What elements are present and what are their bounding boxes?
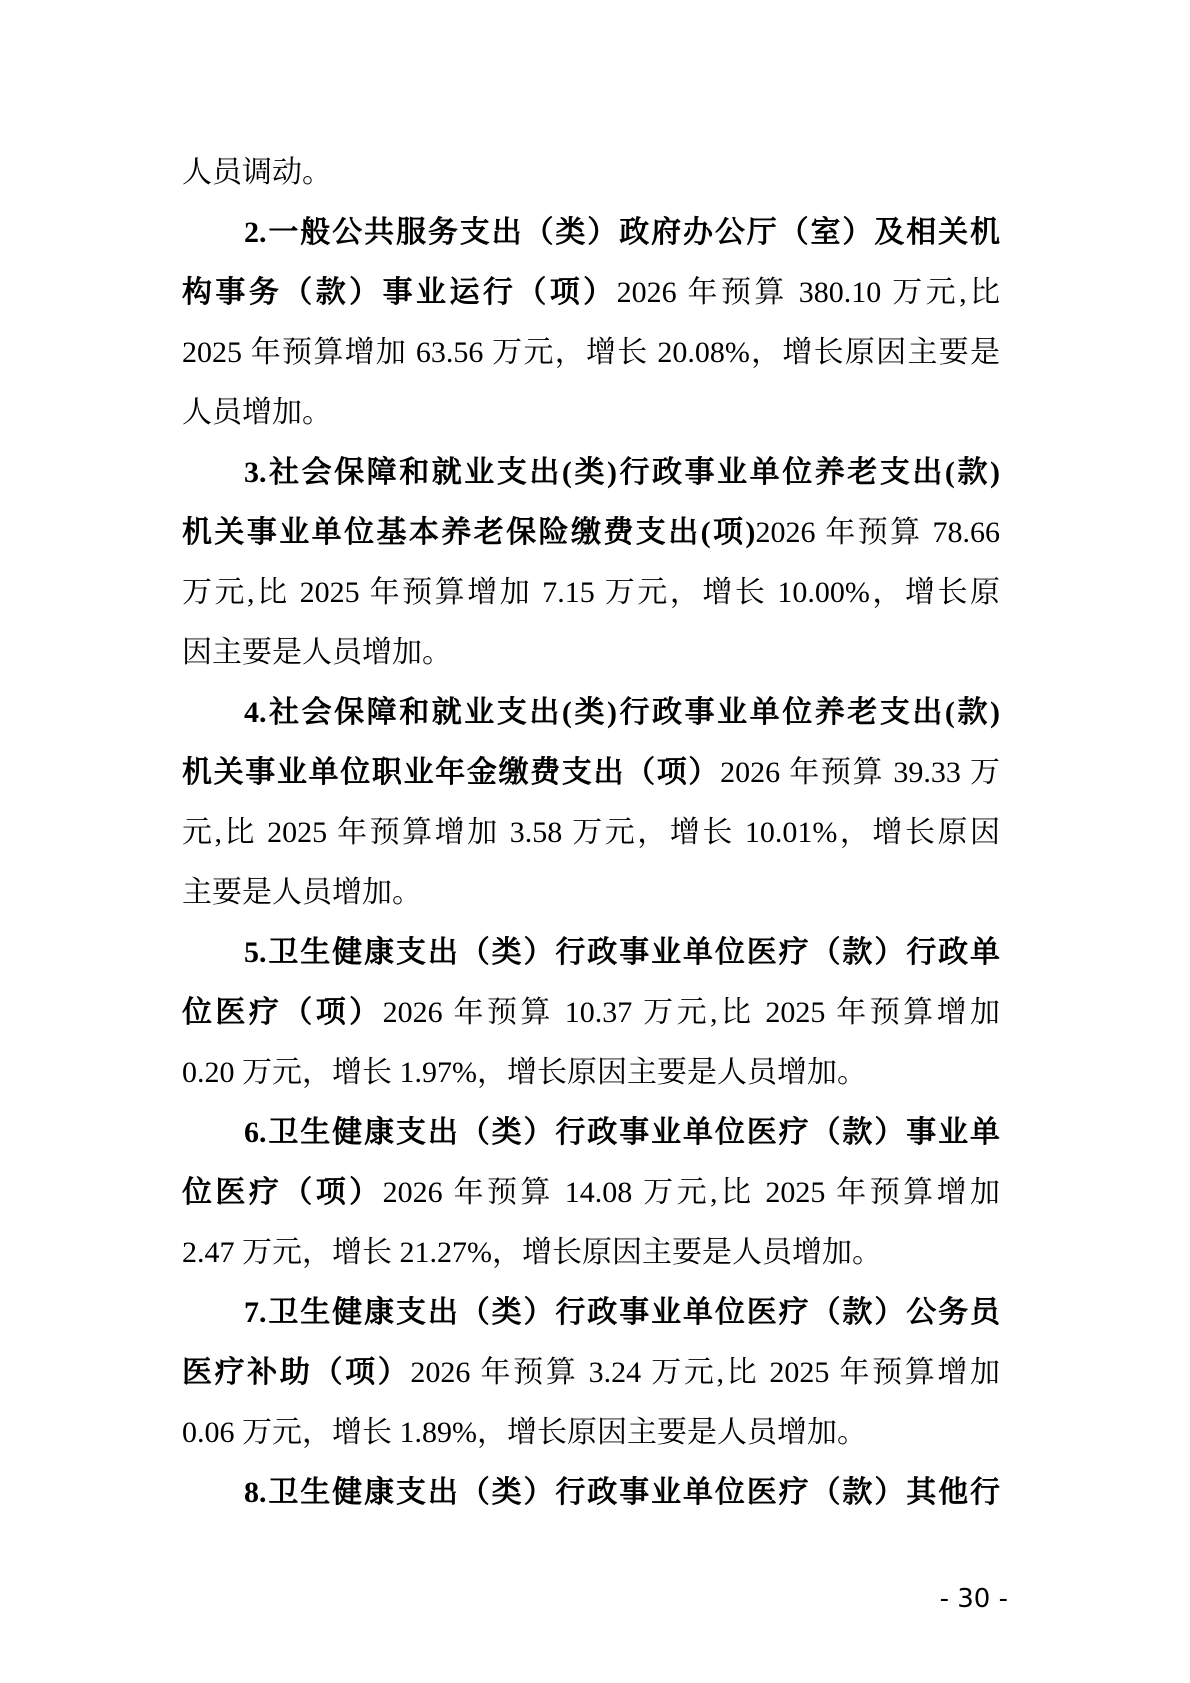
line-regular-text: 人员增加。 xyxy=(182,396,332,429)
line-regular-text: 2025 年预算增加 63.56 万元，增长 20.08%，增长原因主要是 xyxy=(182,336,1000,369)
line-bold-text: 6.卫生健康支出（类）行政事业单位医疗（款）事业单 xyxy=(244,1116,1000,1149)
line-bold-text: 3.社会保障和就业支出(类)行政事业单位养老支出(款) xyxy=(244,456,1000,489)
line-bold-text: 位医疗（项） xyxy=(182,1176,383,1209)
line-regular-text: 0.06 万元，增长 1.89%，增长原因主要是人员增加。 xyxy=(182,1416,867,1449)
line-regular-text: 2.47 万元，增长 21.27%，增长原因主要是人员增加。 xyxy=(182,1236,882,1269)
line-regular-text: 2026 年预算 78.66 xyxy=(755,516,1000,549)
line-bold-text: 机关事业单位基本养老保险缴费支出(项) xyxy=(182,516,755,549)
text-line: 位医疗（项）2026 年预算 14.08 万元,比 2025 年预算增加 xyxy=(182,1163,1000,1223)
line-bold-text: 7.卫生健康支出（类）行政事业单位医疗（款）公务员 xyxy=(244,1296,1000,1329)
text-line: 8.卫生健康支出（类）行政事业单位医疗（款）其他行 xyxy=(182,1463,1000,1523)
text-line: 4.社会保障和就业支出(类)行政事业单位养老支出(款) xyxy=(182,683,1000,743)
line-bold-text: 机关事业单位职业年金缴费支出（项） xyxy=(182,756,720,789)
line-regular-text: 2026 年预算 380.10 万元,比 xyxy=(617,276,1000,309)
line-regular-text: 因主要是人员增加。 xyxy=(182,636,452,669)
document-body: 人员调动。 2.一般公共服务支出（类）政府办公厅（室）及相关机 构事务（款）事业… xyxy=(182,143,1000,1523)
line-regular-text: 2026 年预算 10.37 万元,比 2025 年预算增加 xyxy=(383,996,1000,1029)
text-line: 人员调动。 xyxy=(182,143,1000,203)
text-line: 主要是人员增加。 xyxy=(182,863,1000,923)
text-line: 2.47 万元，增长 21.27%，增长原因主要是人员增加。 xyxy=(182,1223,1000,1283)
line-regular-text: 万元,比 2025 年预算增加 7.15 万元，增长 10.00%，增长原 xyxy=(182,576,1000,609)
text-line: 位医疗（项）2026 年预算 10.37 万元,比 2025 年预算增加 xyxy=(182,983,1000,1043)
line-regular-text: 元,比 2025 年预算增加 3.58 万元，增长 10.01%，增长原因 xyxy=(182,816,1000,849)
line-bold-text: 位医疗（项） xyxy=(182,996,383,1029)
document-page: 人员调动。 2.一般公共服务支出（类）政府办公厅（室）及相关机 构事务（款）事业… xyxy=(0,0,1190,1683)
text-line: 3.社会保障和就业支出(类)行政事业单位养老支出(款) xyxy=(182,443,1000,503)
text-line: 因主要是人员增加。 xyxy=(182,623,1000,683)
line-bold-text: 2.一般公共服务支出（类）政府办公厅（室）及相关机 xyxy=(244,216,1000,249)
text-line: 医疗补助（项）2026 年预算 3.24 万元,比 2025 年预算增加 xyxy=(182,1343,1000,1403)
text-line: 万元,比 2025 年预算增加 7.15 万元，增长 10.00%，增长原 xyxy=(182,563,1000,623)
line-regular-text: 0.20 万元，增长 1.97%，增长原因主要是人员增加。 xyxy=(182,1056,867,1089)
text-line: 6.卫生健康支出（类）行政事业单位医疗（款）事业单 xyxy=(182,1103,1000,1163)
text-line: 机关事业单位职业年金缴费支出（项）2026 年预算 39.33 万 xyxy=(182,743,1000,803)
text-line: 7.卫生健康支出（类）行政事业单位医疗（款）公务员 xyxy=(182,1283,1000,1343)
text-line: 2.一般公共服务支出（类）政府办公厅（室）及相关机 xyxy=(182,203,1000,263)
line-bold-text: 构事务（款）事业运行（项） xyxy=(182,276,617,309)
text-line: 人员增加。 xyxy=(182,383,1000,443)
text-line: 2025 年预算增加 63.56 万元，增长 20.08%，增长原因主要是 xyxy=(182,323,1000,383)
line-bold-text: 8.卫生健康支出（类）行政事业单位医疗（款）其他行 xyxy=(244,1476,1000,1509)
line-regular-text: 2026 年预算 14.08 万元,比 2025 年预算增加 xyxy=(383,1176,1000,1209)
text-line: 机关事业单位基本养老保险缴费支出(项)2026 年预算 78.66 xyxy=(182,503,1000,563)
line-regular-text: 主要是人员增加。 xyxy=(182,876,422,909)
text-line: 元,比 2025 年预算增加 3.58 万元，增长 10.01%，增长原因 xyxy=(182,803,1000,863)
line-regular-text: 2026 年预算 39.33 万 xyxy=(720,756,1000,789)
line-bold-text: 4.社会保障和就业支出(类)行政事业单位养老支出(款) xyxy=(244,696,1000,729)
line-regular-text: 2026 年预算 3.24 万元,比 2025 年预算增加 xyxy=(410,1356,1000,1389)
text-line: 构事务（款）事业运行（项）2026 年预算 380.10 万元,比 xyxy=(182,263,1000,323)
line-bold-text: 5.卫生健康支出（类）行政事业单位医疗（款）行政单 xyxy=(244,936,1000,969)
line-bold-text: 医疗补助（项） xyxy=(182,1356,410,1389)
page-number: - 30 - xyxy=(940,1585,1008,1613)
text-line: 0.20 万元，增长 1.97%，增长原因主要是人员增加。 xyxy=(182,1043,1000,1103)
line-regular-text: 人员调动。 xyxy=(182,156,332,189)
text-line: 5.卫生健康支出（类）行政事业单位医疗（款）行政单 xyxy=(182,923,1000,983)
text-line: 0.06 万元，增长 1.89%，增长原因主要是人员增加。 xyxy=(182,1403,1000,1463)
